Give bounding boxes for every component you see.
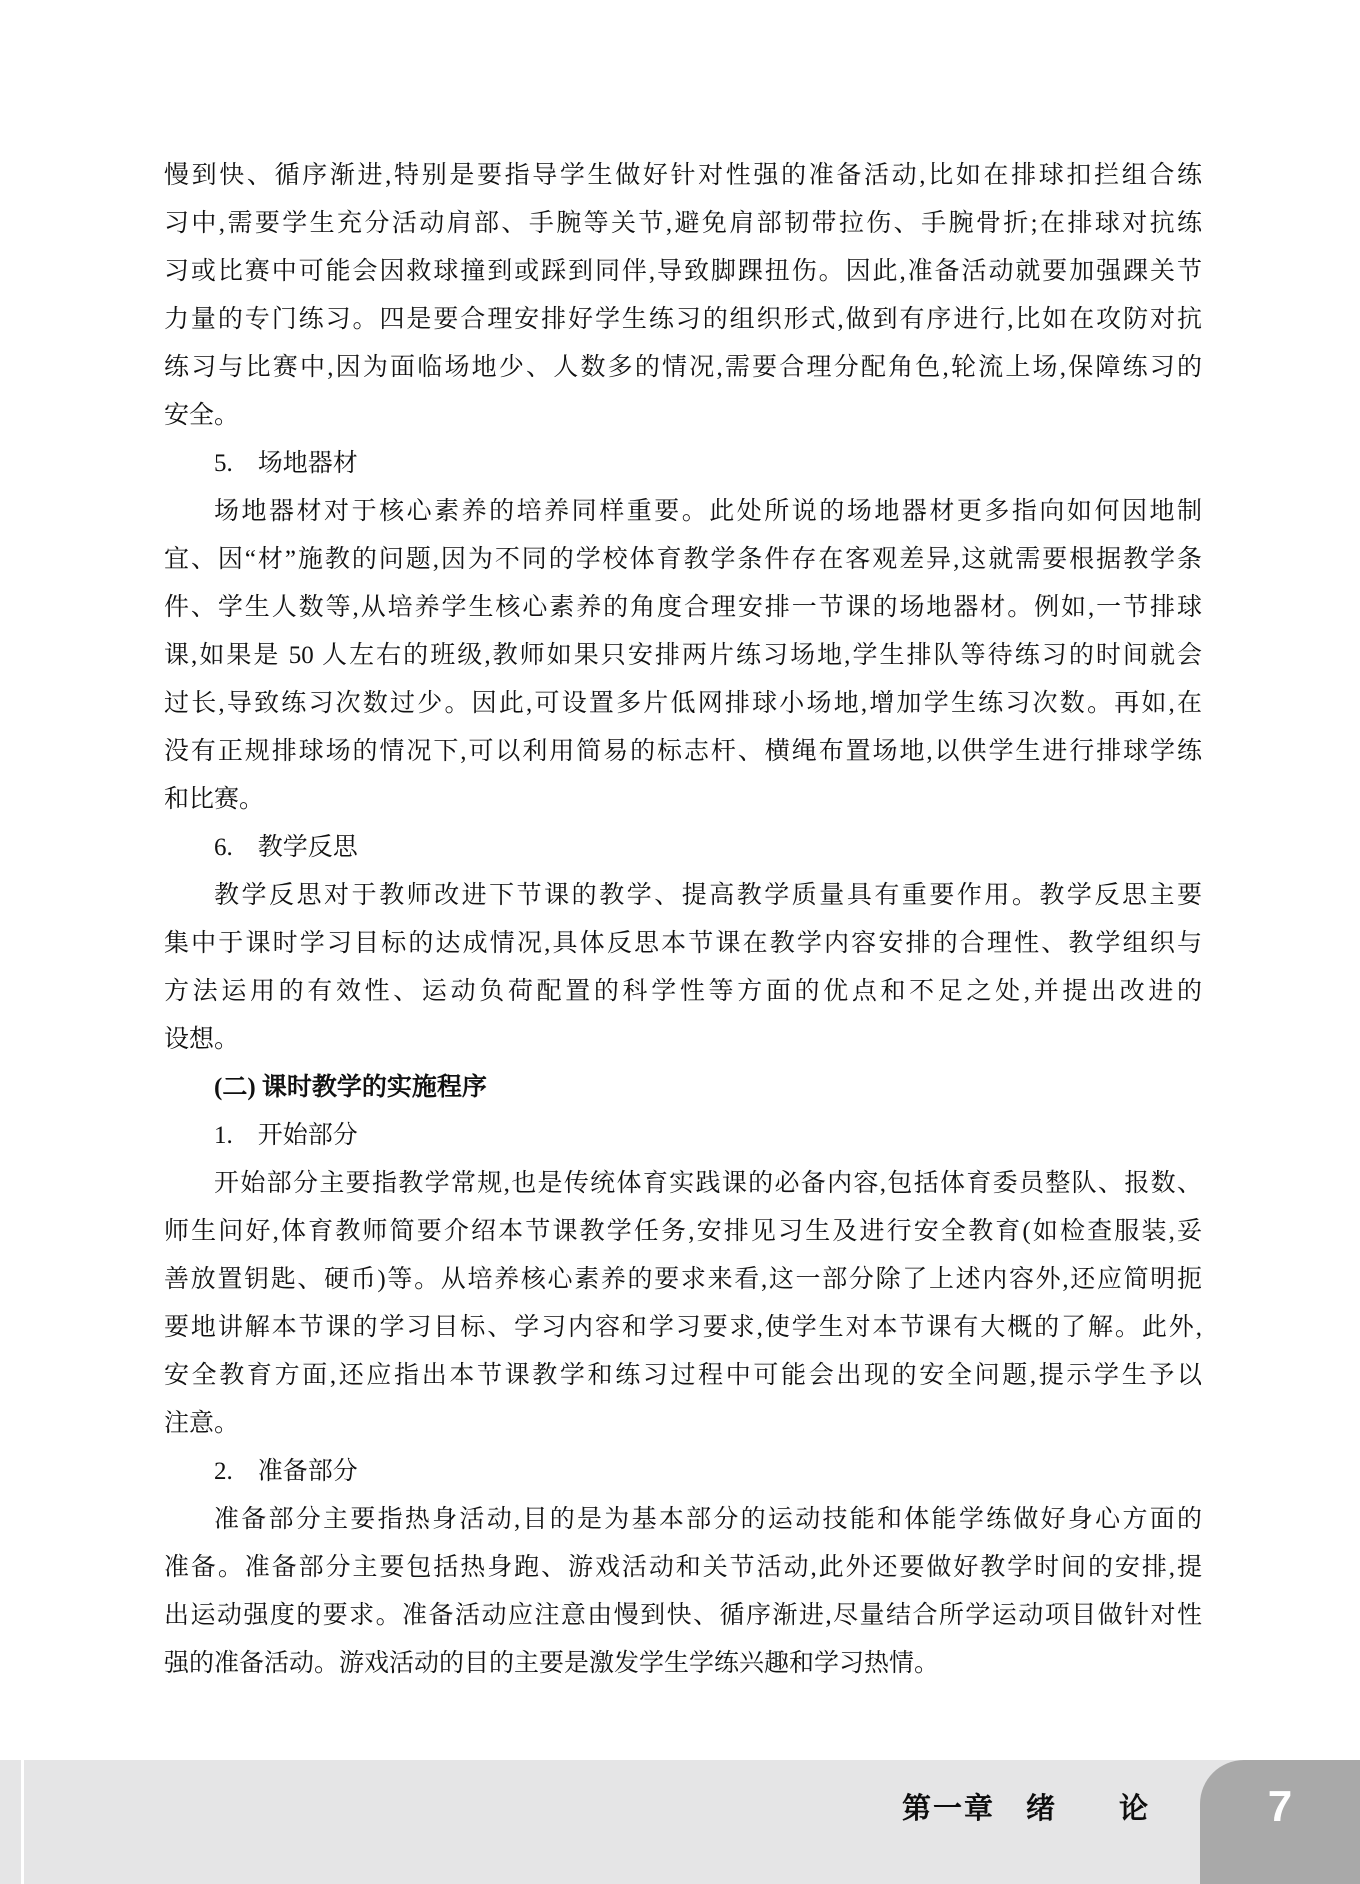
page-number: 7 xyxy=(1200,1782,1360,1832)
body-text-column: 慢到快、循序渐进,特别是要指导学生做好针对性强的准备活动,比如在排球扣拦组合练习… xyxy=(164,152,1202,1688)
section-heading-line: 6. 教学反思 xyxy=(164,824,1202,872)
text-line: 设想。 xyxy=(164,1016,1202,1064)
text-line: 出运动强度的要求。准备活动应注意由慢到快、循序渐进,尽量结合所学运动项目做针对性 xyxy=(164,1592,1202,1640)
text-line: 课,如果是 50 人左右的班级,教师如果只安排两片练习场地,学生排队等待练习的时… xyxy=(164,632,1202,680)
text-line: 安全教育方面,还应指出本节课教学和练习过程中可能会出现的安全问题,提示学生予以 xyxy=(164,1352,1202,1400)
text-line: 安全。 xyxy=(164,392,1202,440)
text-line: 场地器材对于核心素养的培养同样重要。此处所说的场地器材更多指向如何因地制 xyxy=(164,488,1202,536)
text-line: 过长,导致练习次数过少。因此,可设置多片低网排球小场地,增加学生练习次数。再如,… xyxy=(164,680,1202,728)
text-line: 习中,需要学生充分活动肩部、手腕等关节,避免肩部韧带拉伤、手腕骨折;在排球对抗练 xyxy=(164,200,1202,248)
text-line: 没有正规排球场的情况下,可以利用简易的标志杆、横绳布置场地,以供学生进行排球学练 xyxy=(164,728,1202,776)
text-line: 宜、因“材”施教的问题,因为不同的学校体育教学条件存在客观差异,这就需要根据教学… xyxy=(164,536,1202,584)
text-line: 师生问好,体育教师简要介绍本节课教学任务,安排见习生及进行安全教育(如检查服装,… xyxy=(164,1208,1202,1256)
text-line: 力量的专门练习。四是要合理安排好学生练习的组织形式,做到有序进行,比如在攻防对抗 xyxy=(164,296,1202,344)
text-line: 开始部分主要指教学常规,也是传统体育实践课的必备内容,包括体育委员整队、报数、 xyxy=(164,1160,1202,1208)
text-line: 方法运用的有效性、运动负荷配置的科学性等方面的优点和不足之处,并提出改进的 xyxy=(164,968,1202,1016)
text-line: 和比赛。 xyxy=(164,776,1202,824)
text-line: 件、学生人数等,从培养学生核心素养的角度合理安排一节课的场地器材。例如,一节排球 xyxy=(164,584,1202,632)
footer-bar xyxy=(0,1760,1360,1884)
text-line: 注意。 xyxy=(164,1400,1202,1448)
text-line: 习或比赛中可能会因救球撞到或踩到同伴,导致脚踝扭伤。因此,准备活动就要加强踝关节 xyxy=(164,248,1202,296)
footer-gutter-line xyxy=(21,1760,24,1884)
text-line: 强的准备活动。游戏活动的目的主要是激发学生学练兴趣和学习热情。 xyxy=(164,1640,1202,1688)
text-line: 要地讲解本节课的学习目标、学习内容和学习要求,使学生对本节课有大概的了解。此外, xyxy=(164,1304,1202,1352)
text-line: 准备。准备部分主要包括热身跑、游戏活动和关节活动,此外还要做好教学时间的安排,提 xyxy=(164,1544,1202,1592)
text-line: 善放置钥匙、硬币)等。从培养核心素养的要求来看,这一部分除了上述内容外,还应简明… xyxy=(164,1256,1202,1304)
text-line: 慢到快、循序渐进,特别是要指导学生做好针对性强的准备活动,比如在排球扣拦组合练 xyxy=(164,152,1202,200)
section-heading-line: 1. 开始部分 xyxy=(164,1112,1202,1160)
page-number-tab: 7 xyxy=(1200,1760,1360,1884)
section-heading-line: 5. 场地器材 xyxy=(164,440,1202,488)
book-page: 慢到快、循序渐进,特别是要指导学生做好针对性强的准备活动,比如在排球扣拦组合练习… xyxy=(0,0,1360,1884)
section-heading-line: (二) 课时教学的实施程序 xyxy=(164,1064,1202,1112)
text-line: 教学反思对于教师改进下节课的教学、提高教学质量具有重要作用。教学反思主要 xyxy=(164,872,1202,920)
chapter-title: 第一章 绪 论 xyxy=(902,1789,1150,1829)
section-heading-line: 2. 准备部分 xyxy=(164,1448,1202,1496)
text-line: 集中于课时学习目标的达成情况,具体反思本节课在教学内容安排的合理性、教学组织与 xyxy=(164,920,1202,968)
text-line: 练习与比赛中,因为面临场地少、人数多的情况,需要合理分配角色,轮流上场,保障练习… xyxy=(164,344,1202,392)
text-line: 准备部分主要指热身活动,目的是为基本部分的运动技能和体能学练做好身心方面的 xyxy=(164,1496,1202,1544)
